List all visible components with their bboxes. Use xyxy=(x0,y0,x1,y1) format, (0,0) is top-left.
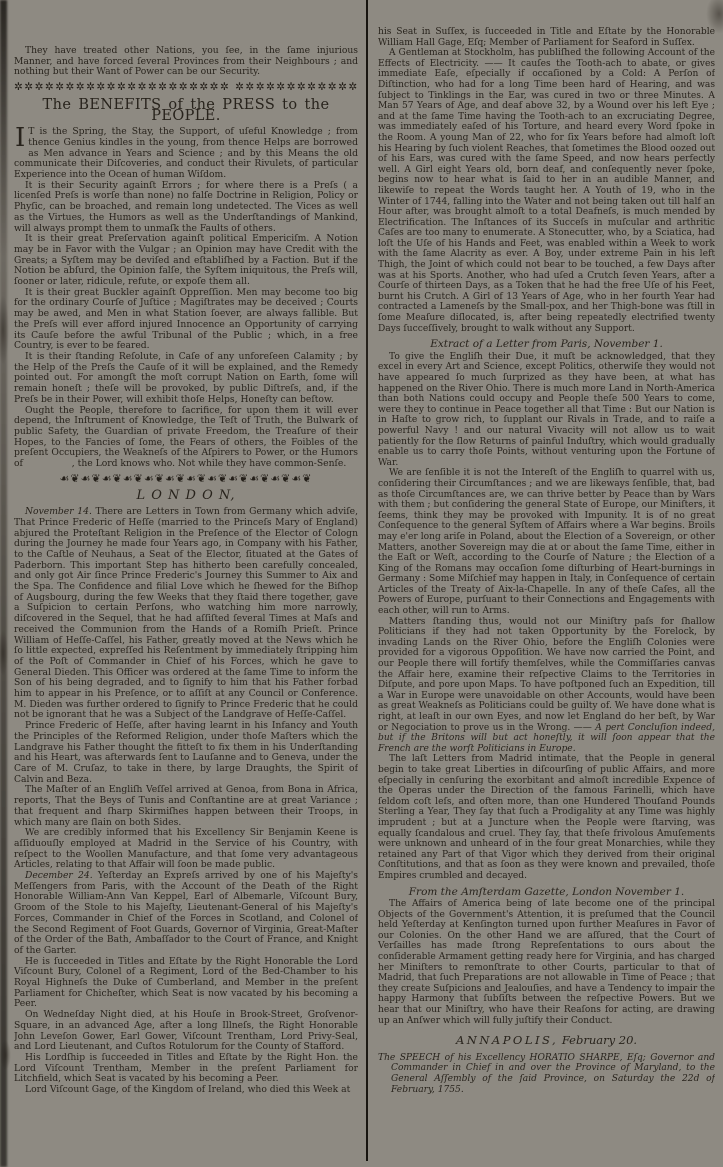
paragraph: It is their great Buckler againſt Oppreſ… xyxy=(14,288,358,352)
paragraph-text: T is the Spring, the Stay, the Support, … xyxy=(14,126,358,180)
paragraph-text: It is their Security againſt Errors ; fo… xyxy=(14,180,358,234)
left-column: They have treated other Nations, you ſee… xyxy=(14,0,358,1167)
paragraph: Matters ſtanding thus, would not our Min… xyxy=(378,617,715,755)
paragraph: He is ſucceeded in Titles and Eſtate by … xyxy=(14,957,358,1011)
paragraph: Ought the People, therefore to ſacrifice… xyxy=(14,406,358,470)
paragraph-text: his Seat in Suſſex, is ſucceeded in Titl… xyxy=(378,27,715,48)
paragraph-text: Prince Frederic of Heſſe, after having l… xyxy=(14,720,358,785)
paragraph-text: It is their ſtanding Reſolute, in Caſe o… xyxy=(14,351,358,405)
paragraph: It is their great Preſervation againſt p… xyxy=(14,234,358,288)
paragraph: We are credibly informed that his Excell… xyxy=(14,828,358,871)
paragraph: A Gentleman at Stockholm, has publiſhed … xyxy=(378,48,715,334)
paragraph: November 14. There are Letters in Town f… xyxy=(14,507,358,721)
paragraph-text: We are ſenſible it is not the Intereſt o… xyxy=(378,468,715,616)
section-heading: From the Amſterdam Gazette, London Novem… xyxy=(378,887,715,898)
paragraph-text: The Affairs of America being of late bec… xyxy=(378,899,715,1026)
paragraph: Prince Frederic of Heſſe, after having l… xyxy=(14,721,358,785)
right-column: his Seat in Suſſex, is ſucceeded in Titl… xyxy=(378,0,715,1167)
paragraph-text: His Lordſhip is ſucceeded in Titles and … xyxy=(14,1052,358,1084)
floral-ornament: ☙❦☙❦☙❦☙❦☙❦☙❦☙❦☙❦☙❦☙❦☙❦☙❦ xyxy=(14,474,358,485)
dateline-place: ANNAPOLIS, xyxy=(456,1033,558,1047)
paragraph-text: On Wedneſday Night died, at his Houſe in… xyxy=(14,1009,358,1052)
paragraph-text: They have treated other Nations, you ſee… xyxy=(14,45,358,77)
paragraph-text: We are credibly informed that his Excell… xyxy=(14,827,358,870)
page-edge-shadow xyxy=(0,0,7,1167)
paragraph-text: Matters ſtanding thus, would not our Min… xyxy=(378,617,715,733)
column-divider xyxy=(366,0,368,1161)
paragraph: We are ſenſible it is not the Intereſt o… xyxy=(378,468,715,616)
dateline-heading: ANNAPOLIS, February 20. xyxy=(378,1035,715,1046)
dateline-date: February 20. xyxy=(562,1033,637,1047)
paragraph-text: He is ſucceeded in Titles and Eſtate by … xyxy=(14,956,358,1010)
stars-ornament: ✲✲✲✲✲✲✲✲✲✲✲✲✲✲✲✲✲✲✲✲✲ ✲✲✲✲✲✲✲✲✲✲✲✲✲ xyxy=(14,82,358,93)
paragraph-text: A Gentleman at Stockholm, has publiſhed … xyxy=(378,48,715,333)
section-heading: L O N D O N, xyxy=(14,491,358,502)
article-title: The BENEFITS of the PRESS to the PEOPLE. xyxy=(14,100,358,121)
paragraph-text: The Maſter of an Engliſh Veſſel arrived … xyxy=(14,784,358,827)
dateline-lead: November 14. xyxy=(25,506,92,517)
section-heading: Extract of a Letter from Paris, November… xyxy=(378,339,715,350)
paragraph-text: Lord Viſcount Gage, of the Kingdom of Ir… xyxy=(25,1084,350,1095)
paragraph-text: It is their great Buckler againſt Oppreſ… xyxy=(14,287,358,352)
paragraph: On Wedneſday Night died, at his Houſe in… xyxy=(14,1010,358,1053)
paragraph-text: The SPEECH of his Excellency HORATIO SHA… xyxy=(378,1053,715,1095)
newspaper-page: They have treated other Nations, you ſee… xyxy=(0,0,723,1167)
paragraph: IT is the Spring, the Stay, the Support,… xyxy=(14,127,358,181)
paragraph: December 24. Yeſterday an Expreſs arrive… xyxy=(14,871,358,957)
drop-cap: I xyxy=(14,127,28,149)
paragraph-text: Yeſterday an Expreſs arrived by one of h… xyxy=(14,870,358,956)
paragraph: They have treated other Nations, you ſee… xyxy=(14,46,358,78)
paragraph: It is their Security againſt Errors ; fo… xyxy=(14,181,358,235)
paragraph-text: To give the Engliſh their Due, it muſt b… xyxy=(378,352,715,468)
paragraph: The laſt Letters from Madrid intimate, t… xyxy=(378,754,715,881)
paragraph: To give the Engliſh their Due, it muſt b… xyxy=(378,352,715,469)
paragraph-text: It is their great Preſervation againſt p… xyxy=(14,233,358,287)
paragraph: The Maſter of an Engliſh Veſſel arrived … xyxy=(14,785,358,828)
paragraph: It is their ſtanding Reſolute, in Caſe o… xyxy=(14,352,358,406)
paragraph-text: The laſt Letters from Madrid intimate, t… xyxy=(378,754,715,881)
scan-smudge xyxy=(0,295,9,365)
scan-smudge xyxy=(0,1040,11,1070)
paragraph: Lord Viſcount Gage, of the Kingdom of Ir… xyxy=(14,1085,358,1096)
paragraph: The Affairs of America being of late bec… xyxy=(378,899,715,1026)
dateline-lead: December 24. xyxy=(25,870,93,881)
paragraph: his Seat in Suſſex, is ſucceeded in Titl… xyxy=(378,27,715,48)
paragraph-text: Ought the People, therefore to ſacrifice… xyxy=(14,405,358,470)
paragraph: The SPEECH of his Excellency HORATIO SHA… xyxy=(378,1053,715,1095)
paragraph-text: There are Letters in Town from Germany w… xyxy=(14,506,358,720)
paragraph: His Lordſhip is ſucceeded in Titles and … xyxy=(14,1053,358,1085)
